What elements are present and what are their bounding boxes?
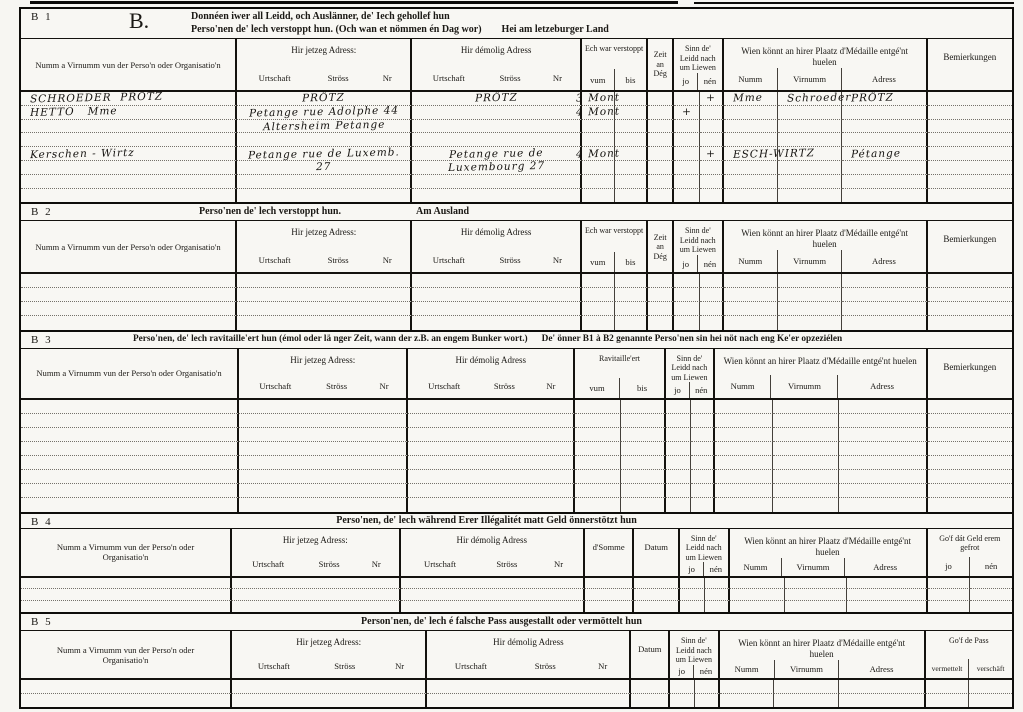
col-datum-label: Datum	[638, 644, 661, 654]
b4-cell-jo	[680, 578, 705, 590]
b3-cell-adress	[839, 428, 928, 442]
sub-stross: Ströss	[477, 559, 536, 569]
b3-cell-bis	[621, 400, 667, 414]
table-row: HETTO MmePetange rue Adolphe 444 Mont+	[21, 106, 1012, 120]
sub-nr: Nr	[578, 661, 628, 671]
b1-cell-virnumm	[778, 189, 842, 203]
b1-cell-demolig: Petange rue de	[412, 147, 581, 161]
b3-col-ravitailleert: Ravitaille'ert vumbis	[575, 349, 666, 398]
b4-header-row: Numm a Virnumm vun der Perso'n oder Orga…	[21, 529, 1012, 578]
b1-cell-virnumm	[778, 175, 842, 189]
table-row	[21, 133, 1012, 147]
b1-cell-name: HETTO Mme	[21, 106, 237, 120]
sub-numm: Numm	[730, 558, 782, 576]
addr-sublabels: UrtschaftStrössNr	[414, 255, 577, 265]
b3-cell-name	[21, 414, 239, 428]
b4-cell-gnen	[970, 601, 1012, 613]
sub-stross: Ströss	[314, 661, 376, 671]
b1-col-zeit-an-deg: Zeit an Dég	[648, 39, 674, 90]
sub-urtschaft: Urtschaft	[234, 661, 313, 671]
jo-nen-sublabels: jonén	[666, 382, 713, 398]
b1-cell-zeit	[648, 120, 674, 134]
b1-cell-nen	[700, 175, 724, 189]
table-row	[21, 456, 1012, 470]
handwritten-entry: HETTO Mme	[30, 105, 118, 119]
b2-cell-nen	[700, 288, 724, 302]
b1-cell-nen	[700, 189, 724, 203]
b3-cell-vum	[575, 470, 621, 484]
b1-cell-numm	[724, 120, 779, 134]
b5-data-area	[21, 680, 1012, 707]
b4-cell-jetzeg	[232, 601, 400, 613]
b1-cell-adress: Pétange	[842, 147, 927, 161]
b1-cell-demolig	[412, 189, 581, 203]
b3-cell-adress	[839, 442, 928, 456]
b1-cell-numm	[724, 189, 779, 203]
b1-cell-jetzeg	[237, 133, 412, 147]
table-row	[21, 589, 1012, 601]
handwritten-entry: PRÖTZ	[475, 92, 518, 105]
b3-cell-jetzeg	[239, 456, 408, 470]
b3-data-area	[21, 400, 1012, 512]
b1-header-row: Numm a Virnumm vun der Perso'n oder Orga…	[21, 39, 1012, 92]
b2-data-area	[21, 274, 1012, 329]
b4-cell-gnen	[970, 589, 1012, 601]
b1-cell-virnumm	[778, 120, 842, 134]
b2-cell-virnumm	[778, 302, 842, 316]
col-wien-label: Wien könnt an hirer Plaatz d'Médaille en…	[715, 354, 926, 367]
section-b5-title-bar: B 5 Person'nen, de' lech é falsche Pass …	[21, 614, 1012, 631]
sub-nr: Nr	[356, 559, 397, 569]
b2-cell-adress	[842, 288, 927, 302]
table-row	[21, 484, 1012, 498]
section-b5-title: Person'nen, de' lech é falsche Pass ausg…	[21, 616, 1012, 627]
b5-cell-numm	[720, 680, 775, 694]
handwritten-entry: 3 Mont	[576, 92, 620, 105]
b3-cell-virnumm	[773, 442, 838, 456]
sub-stross: Ströss	[513, 661, 578, 671]
b3-cell-bis	[621, 456, 667, 470]
b5-cell-datum	[631, 680, 670, 694]
b1-cell-adress	[842, 175, 927, 189]
b1-data-area: SCHROEDER PRÖTZPRÖTZPRÖTZ3 Mont+MmeSchro…	[21, 92, 1012, 202]
b5-cell-virnumm	[774, 680, 838, 694]
sub-nr: Nr	[364, 381, 405, 391]
b5-col-name: Numm a Virnumm vun der Perso'n oder Orga…	[21, 631, 232, 678]
sub-urtschaft: Urtschaft	[410, 381, 477, 391]
b1-cell-nen	[700, 161, 724, 175]
b2-cell-nen	[700, 302, 724, 316]
sub-nr: Nr	[531, 381, 571, 391]
table-row	[21, 470, 1012, 484]
b4-cell-gnen	[970, 578, 1012, 590]
b5-cell-virnumm	[774, 694, 838, 708]
b1-cell-jo	[674, 147, 700, 161]
sub-stross: Ströss	[302, 559, 356, 569]
b2-col-name: Numm a Virnumm vun der Perso'n oder Orga…	[21, 221, 237, 272]
col-name-label: Numm a Virnumm vun der Perso'n oder Orga…	[35, 60, 220, 70]
b3-cell-adress	[839, 498, 928, 512]
b1-cell-virnumm: Schroeder	[778, 92, 842, 106]
sub-jo: jo	[928, 557, 970, 576]
wien-sublabels: NummVirnummAdress	[724, 68, 926, 90]
b3-cell-numm	[715, 414, 773, 428]
b1-cell-jo	[674, 189, 700, 203]
b5-col-wien-medaille: Wien könnt an hirer Plaatz d'Médaille en…	[720, 631, 926, 678]
b3-cell-jo	[666, 456, 691, 470]
handwritten-entry: 27	[316, 161, 332, 173]
b2-cell-virnumm	[778, 274, 842, 288]
b1-cell-demolig	[412, 106, 581, 120]
section-b3-title-a: Perso'nen, de' lech ravitaille'ert hun (…	[133, 334, 528, 344]
section-b1-label: B 1	[31, 11, 53, 23]
b1-cell-name	[21, 120, 237, 134]
b1-cell-zeit	[648, 92, 674, 106]
sub-nr: Nr	[376, 661, 423, 671]
b1-cell-adress: PRÖTZ	[842, 92, 927, 106]
b3-cell-virnumm	[773, 456, 838, 470]
sub-stross: Ströss	[310, 381, 364, 391]
b4-cell-virnumm	[785, 589, 847, 601]
b4-cell-virnumm	[785, 578, 847, 590]
table-row	[21, 428, 1012, 442]
table-row	[21, 302, 1012, 316]
b1-cell-nen: +	[700, 147, 724, 161]
b2-cell-zeit	[648, 316, 674, 330]
b1-cell-bem	[928, 189, 1012, 203]
b1-cell-demolig	[412, 133, 581, 147]
b2-cell-nen	[700, 274, 724, 288]
b3-cell-bem	[928, 498, 1012, 512]
b3-col-sinn-um-liewen: Sinn de' Leidd nach um Liewen jonén	[666, 349, 715, 398]
col-jetzeg-label: Hir jetzeg Adress:	[241, 355, 404, 365]
b2-col-wien-medaille: Wien könnt an hirer Plaatz d'Médaille en…	[724, 221, 928, 272]
b2-cell-jetzeg	[237, 274, 412, 288]
b2-cell-jo	[674, 316, 700, 330]
b3-cell-vum	[575, 484, 621, 498]
b5-header-row: Numm a Virnumm vun der Perso'n oder Orga…	[21, 631, 1012, 680]
b4-cell-jo	[680, 589, 705, 601]
b5-cell-verm	[926, 680, 970, 694]
col-jetzeg-label: Hir jetzeg Adress:	[239, 45, 408, 55]
b5-cell-adress	[839, 694, 926, 708]
b1-cell-name	[21, 161, 237, 175]
b3-cell-vum	[575, 498, 621, 512]
b1-cell-adress	[842, 133, 927, 147]
b2-cell-bem	[928, 274, 1012, 288]
sub-stross: Ströss	[478, 381, 531, 391]
sub-vermettelt: vermettelt	[926, 659, 969, 678]
b2-cell-name	[21, 302, 237, 316]
b1-cell-name	[21, 175, 237, 189]
handwritten-entry: Pétange	[851, 147, 901, 160]
b1-cell-vum: 4 Mont	[582, 147, 615, 161]
b3-cell-nen	[691, 414, 715, 428]
b4-cell-demolig	[401, 601, 585, 613]
b2-cell-name	[21, 288, 237, 302]
jo-nen-sublabels: jonén	[680, 562, 728, 576]
b2-col-bemierkungen: Bemierkungen	[928, 221, 1012, 272]
b4-cell-somme	[585, 578, 635, 590]
b2-cell-jo	[674, 274, 700, 288]
b4-cell-demolig	[401, 578, 585, 590]
b1-col-name: Numm a Virnumm vun der Perso'n oder Orga…	[21, 39, 237, 90]
scan-artifact-line	[30, 1, 678, 4]
col-somme-label: d'Somme	[593, 542, 625, 552]
b1-col-wien-medaille: Wien könnt an hirer Plaatz d'Médaille en…	[724, 39, 928, 90]
b1-cell-name	[21, 189, 237, 203]
b5-cell-jetzeg	[232, 680, 427, 694]
b4-cell-datum	[634, 589, 680, 601]
b3-cell-bem	[928, 442, 1012, 456]
sub-numm: Numm	[724, 68, 777, 90]
form-big-letter: B.	[129, 9, 149, 33]
b2-cell-bis	[615, 302, 648, 316]
b4-cell-adress	[847, 589, 927, 601]
b4-col-name: Numm a Virnumm vun der Perso'n oder Orga…	[21, 529, 232, 576]
b3-cell-nen	[691, 470, 715, 484]
b3-cell-bem	[928, 428, 1012, 442]
b3-cell-bem	[928, 470, 1012, 484]
b1-cell-name: Kerschen - Wirtz	[21, 147, 237, 161]
b4-cell-demolig	[401, 589, 585, 601]
b2-cell-jetzeg	[237, 288, 412, 302]
b3-cell-demolig	[408, 470, 574, 484]
table-row	[21, 601, 1012, 613]
b2-cell-virnumm	[778, 288, 842, 302]
col-bem-label: Bemierkungen	[943, 234, 996, 244]
b4-cell-gjo	[928, 601, 971, 613]
b1-cell-bem	[928, 161, 1012, 175]
b3-cell-name	[21, 484, 239, 498]
sub-urtschaft: Urtschaft	[414, 255, 483, 265]
handwritten-entry: 4 Mont	[576, 147, 620, 160]
section-b2-title: Perso'nen de' lech verstoppt hun.	[199, 206, 341, 217]
sub-virnumm: Virnumm	[770, 375, 837, 398]
b2-col-demolig-adress: Hir démolig Adress UrtschaftStrössNr	[412, 221, 581, 272]
b4-col-wien-medaille: Wien könnt an hirer Plaatz d'Médaille en…	[730, 529, 928, 576]
section-b1-title: Donnéen iwer all Leidd, och Auslänner, d…	[191, 11, 609, 36]
b2-cell-bis	[615, 274, 648, 288]
handwritten-entry: 4 Mont	[576, 106, 620, 119]
b4-cell-nen	[705, 601, 730, 613]
col-ravitailleert-label: Ravitaille'ert	[575, 354, 664, 364]
b3-cell-bem	[928, 456, 1012, 470]
b3-cell-virnumm	[773, 428, 838, 442]
handwritten-entry: +	[681, 106, 691, 118]
col-sinn-label: Sinn de' Leidd nach um Liewen	[666, 354, 713, 383]
b5-cell-demolig	[427, 694, 631, 708]
b3-cell-demolig	[408, 456, 574, 470]
addr-sublabels: UrtschaftStrössNr	[410, 381, 570, 391]
b5-col-gof-de-pass: Go'f de Pass vermetteltverschäft	[926, 631, 1012, 678]
b3-cell-numm	[715, 428, 773, 442]
sub-bis: bis	[614, 252, 647, 273]
col-sinn-label: Sinn de' Leidd nach um Liewen	[680, 534, 728, 563]
b3-cell-numm	[715, 498, 773, 512]
handwritten-entry: Mme	[732, 92, 762, 105]
sub-nr: Nr	[366, 73, 408, 83]
b1-cell-bem	[928, 120, 1012, 134]
col-name-label: Numm a Virnumm vun der Perso'n oder Orga…	[33, 645, 218, 665]
handwritten-entry: PRÖTZ	[851, 92, 894, 105]
section-b3-title: Perso'nen, de' lech ravitaille'ert hun (…	[21, 334, 1012, 344]
b4-cell-jo	[680, 601, 705, 613]
col-datum-label: Datum	[645, 542, 668, 552]
addr-sublabels: UrtschaftStrössNr	[241, 381, 404, 391]
handwritten-entry: Schroeder	[787, 92, 852, 105]
b3-cell-adress	[839, 414, 928, 428]
b1-cell-bem	[928, 92, 1012, 106]
b1-cell-jetzeg: 27	[237, 161, 412, 175]
b1-col-jetzeg-adress: Hir jetzeg Adress: UrtschaftStrössNr	[237, 39, 412, 90]
b3-cell-virnumm	[773, 484, 838, 498]
col-verstoppt-label: Ech war verstoppt	[582, 44, 646, 54]
b1-cell-nen: +	[700, 92, 724, 106]
b1-cell-zeit	[648, 175, 674, 189]
b4-col-somme: d'Somme	[585, 529, 635, 576]
vum-bis-sublabels: vumbis	[582, 69, 646, 90]
b3-cell-jetzeg	[239, 484, 408, 498]
b4-cell-datum	[634, 601, 680, 613]
b1-cell-vum	[582, 175, 615, 189]
col-demolig-label: Hir démolig Adress	[414, 227, 577, 237]
sub-urtschaft: Urtschaft	[429, 661, 512, 671]
b4-cell-name	[21, 601, 232, 613]
b1-cell-virnumm	[778, 106, 842, 120]
b2-cell-jo	[674, 288, 700, 302]
b1-cell-vum	[582, 189, 615, 203]
b4-cell-somme	[585, 601, 635, 613]
addr-sublabels: UrtschaftStrössNr	[403, 559, 581, 569]
sub-virnumm: Virnumm	[781, 558, 843, 576]
col-demolig-label: Hir démolig Adress	[429, 637, 627, 647]
sub-virnumm: Virnumm	[777, 250, 841, 272]
b4-cell-gjo	[928, 578, 971, 590]
col-jetzeg-label: Hir jetzeg Adress:	[234, 637, 423, 647]
b4-cell-jetzeg	[232, 578, 400, 590]
b3-cell-virnumm	[773, 498, 838, 512]
b1-cell-bis	[615, 133, 648, 147]
sub-urtschaft: Urtschaft	[414, 73, 483, 83]
b1-cell-zeit	[648, 161, 674, 175]
b2-cell-vum	[582, 274, 615, 288]
b1-cell-nen	[700, 106, 724, 120]
col-jetzeg-label: Hir jetzeg Adress:	[239, 227, 408, 237]
b3-cell-nen	[691, 498, 715, 512]
jo-nen-sublabels: jonén	[670, 665, 718, 679]
section-b2-title-bar: B 2 Perso'nen de' lech verstoppt hun. Am…	[21, 204, 1012, 221]
col-demolig-label: Hir démolig Adress	[410, 355, 570, 365]
b3-cell-nen	[691, 484, 715, 498]
wien-sublabels: NummVirnummAdress	[724, 250, 926, 272]
b1-cell-numm	[724, 133, 779, 147]
b4-cell-nen	[705, 589, 730, 601]
b2-cell-name	[21, 274, 237, 288]
b1-cell-name: SCHROEDER PRÖTZ	[21, 92, 237, 106]
b4-cell-adress	[847, 578, 927, 590]
b1-cell-adress	[842, 161, 927, 175]
handwritten-entry: ESCH-WIRTZ	[732, 147, 814, 161]
b2-cell-adress	[842, 274, 927, 288]
section-b2-label: B 2	[31, 206, 53, 218]
vum-bis-sublabels: vumbis	[575, 378, 664, 398]
jo-nen-sublabels: jonén	[674, 255, 722, 273]
b3-cell-vum	[575, 400, 621, 414]
table-row: 27Luxembourg 27	[21, 161, 1012, 175]
b3-cell-jo	[666, 442, 691, 456]
col-name-label: Numm a Virnumm vun der Perso'n oder Orga…	[35, 242, 220, 252]
b3-cell-demolig	[408, 428, 574, 442]
b2-col-verstoppt: Ech war verstoppt vumbis	[582, 221, 648, 272]
b1-cell-bis	[615, 161, 648, 175]
section-b1-title-bar: B 1 B. Donnéen iwer all Leidd, och Auslä…	[21, 9, 1012, 39]
sub-urtschaft: Urtschaft	[239, 255, 310, 265]
b1-cell-jetzeg: Petange rue Adolphe 44	[237, 106, 412, 120]
sub-numm: Numm	[724, 250, 777, 272]
b1-cell-jetzeg	[237, 175, 412, 189]
b4-col-datum: Datum	[634, 529, 680, 576]
col-bem-label: Bemierkungen	[943, 362, 996, 372]
b4-data-area	[21, 578, 1012, 613]
b3-cell-jo	[666, 498, 691, 512]
b2-cell-demolig	[412, 288, 581, 302]
b1-cell-bis	[615, 175, 648, 189]
table-row	[21, 680, 1012, 694]
b3-cell-jo	[666, 484, 691, 498]
b5-cell-verm	[926, 694, 970, 708]
b2-cell-numm	[724, 274, 779, 288]
b1-cell-adress	[842, 106, 927, 120]
col-demolig-label: Hir démolig Adress	[403, 535, 581, 545]
table-row	[21, 189, 1012, 203]
b1-cell-nen	[700, 133, 724, 147]
b3-cell-name	[21, 498, 239, 512]
b2-cell-bem	[928, 302, 1012, 316]
sub-numm: Numm	[715, 375, 771, 398]
b5-cell-versch	[969, 680, 1012, 694]
b4-cell-gjo	[928, 589, 971, 601]
col-wien-label: Wien könnt an hirer Plaatz d'Médaille en…	[730, 534, 926, 558]
b5-cell-jo	[670, 680, 695, 694]
b3-cell-virnumm	[773, 414, 838, 428]
b3-col-wien-medaille: Wien könnt an hirer Plaatz d'Médaille en…	[715, 349, 928, 398]
b5-cell-versch	[969, 694, 1012, 708]
sub-jo: jo	[680, 562, 703, 576]
b3-cell-demolig	[408, 414, 574, 428]
b3-cell-jo	[666, 428, 691, 442]
b1-cell-jetzeg	[237, 189, 412, 203]
b2-cell-numm	[724, 302, 779, 316]
section-b4: B 4 Perso'nen, de' lech während Erer Ill…	[21, 512, 1012, 613]
b3-cell-demolig	[408, 442, 574, 456]
b2-cell-virnumm	[778, 316, 842, 330]
b2-cell-bem	[928, 288, 1012, 302]
b3-cell-bis	[621, 498, 667, 512]
b2-cell-nen	[700, 316, 724, 330]
handwritten-entry: Altersheim Petange	[262, 119, 385, 134]
sub-jo: jo	[670, 665, 693, 679]
b5-cell-nen	[695, 694, 720, 708]
sub-jo: jo	[674, 73, 697, 91]
section-b1-title-line2b: Hei am letzeburger Land	[502, 24, 609, 35]
b3-cell-bem	[928, 484, 1012, 498]
sub-stross: Ströss	[310, 73, 366, 83]
b1-cell-bem	[928, 133, 1012, 147]
b3-cell-bis	[621, 428, 667, 442]
handwritten-entry: SCHROEDER PRÖTZ	[30, 91, 163, 106]
sub-virnumm: Virnumm	[777, 68, 841, 90]
